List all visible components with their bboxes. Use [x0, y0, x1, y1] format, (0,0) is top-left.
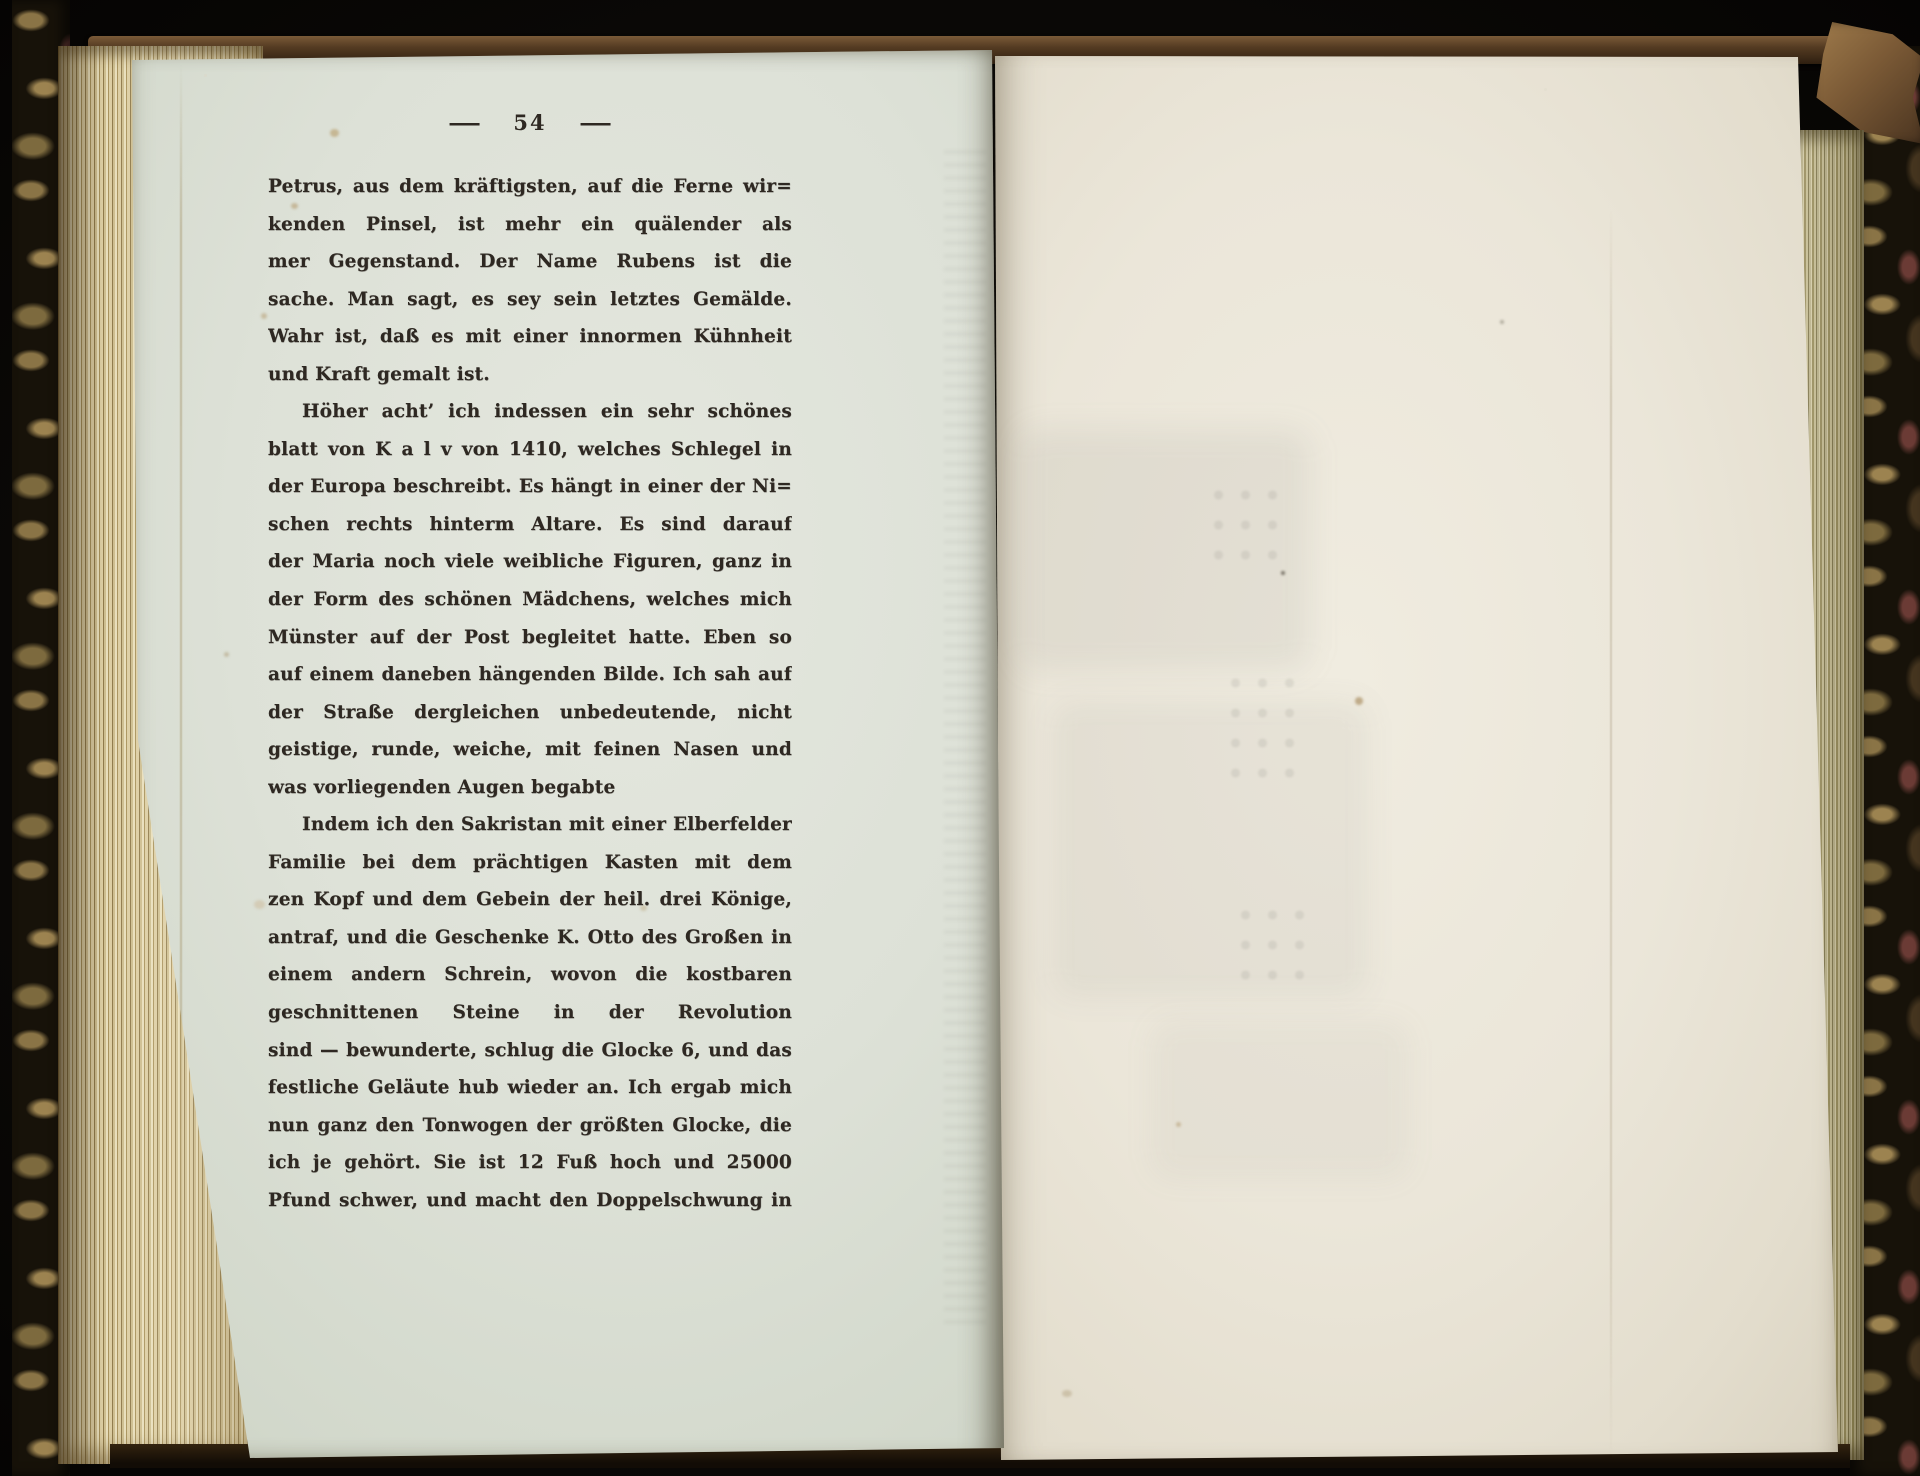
text-line: der Maria noch viele weibliche Figuren, …	[268, 543, 792, 581]
foxing-spot	[1355, 697, 1363, 705]
text-line: was vorliegenden Augen begabte Marienges…	[268, 769, 792, 807]
text-line: zen Kopf und dem Gebein der heil. drei K…	[268, 881, 792, 919]
foxing-spot	[224, 652, 229, 657]
text-line: der Straße dergleichen unbedeutende, nic…	[268, 694, 792, 732]
text-line: Familie bei dem prächtigen Kasten mit de…	[268, 844, 792, 882]
text-line: blatt von K a l v von 1410, welches Schl…	[268, 431, 792, 469]
show-through-dots	[1205, 480, 1291, 572]
dust-speck	[204, 74, 207, 77]
text-line: geschnittenen Steine in der Revolution g…	[268, 994, 792, 1032]
page-header: — 54 —	[268, 110, 792, 135]
text-line: antraf, und die Geschenke K. Otto des Gr…	[268, 919, 792, 957]
text-line: geistige, runde, weiche, mit feinen Nase…	[268, 731, 792, 769]
text-line: der Form des schönen Mädchens, welches m…	[268, 581, 792, 619]
worn-leather-corner	[1812, 22, 1920, 144]
header-dash-right: —	[578, 110, 612, 135]
show-through-blob	[1050, 700, 1370, 1000]
text-line: nun ganz den Tonwogen der größten Glocke…	[268, 1107, 792, 1145]
text-line: Petrus, aus dem kräftigsten, auf die Fer…	[268, 168, 792, 206]
text-line: Höher acht’ ich indessen ein sehr schöne…	[268, 393, 792, 431]
text-line: und Kraft gemalt ist.	[268, 356, 792, 394]
text-line: Münster auf der Post begleitet hatte. Eb…	[268, 619, 792, 657]
text-block: Petrus, aus dem kräftigsten, auf die Fer…	[268, 168, 792, 1219]
show-through-dots	[1222, 668, 1308, 792]
text-line: schen rechts hinterm Altare. Es sind dar…	[268, 506, 792, 544]
foxing-spot	[1062, 1390, 1072, 1397]
dust-speck	[1544, 88, 1547, 91]
header-dash-left: —	[448, 110, 482, 135]
text-line: festliche Geläute hub wieder an. Ich erg…	[268, 1069, 792, 1107]
text-line: kenden Pinsel, ist mehr ein quälender al…	[268, 206, 792, 244]
page-number: 54	[513, 110, 546, 135]
text-line: Pfund schwer, und macht den Doppelschwun…	[268, 1182, 792, 1220]
text-line: sind — bewunderte, schlug die Glocke 6, …	[268, 1032, 792, 1070]
text-line: ich je gehört. Sie ist 12 Fuß hoch und 2…	[268, 1144, 792, 1182]
foxing-spot	[1500, 320, 1504, 324]
text-line: Indem ich den Sakristan mit einer Elberf…	[268, 806, 792, 844]
text-line: Wahr ist, daß es mit einer innormen Kühn…	[268, 318, 792, 356]
foxing-spot	[1176, 1122, 1181, 1127]
text-line: mer Gegenstand. Der Name Rubens ist die …	[268, 243, 792, 281]
text-line: auf einem daneben hängenden Bilde. Ich s…	[268, 656, 792, 694]
text-line: der Europa beschreibt. Es hängt in einer…	[268, 468, 792, 506]
right-page-crease	[1610, 210, 1612, 1460]
left-page-crease	[180, 64, 182, 1454]
show-through-dots	[1232, 900, 1318, 996]
text-line: einem andern Schrein, wovon die kostbare…	[268, 956, 792, 994]
photo-background: — 54 — Petrus, aus dem kräftigsten, auf …	[0, 0, 1920, 1476]
foxing-spot	[254, 900, 265, 909]
left-page-text-show-through	[944, 150, 986, 1330]
foxing-spot	[1281, 571, 1285, 575]
text-line: sache. Man sagt, es sey sein letztes Gem…	[268, 281, 792, 319]
show-through-blob	[1150, 1020, 1410, 1180]
foxing-spot	[261, 313, 267, 319]
